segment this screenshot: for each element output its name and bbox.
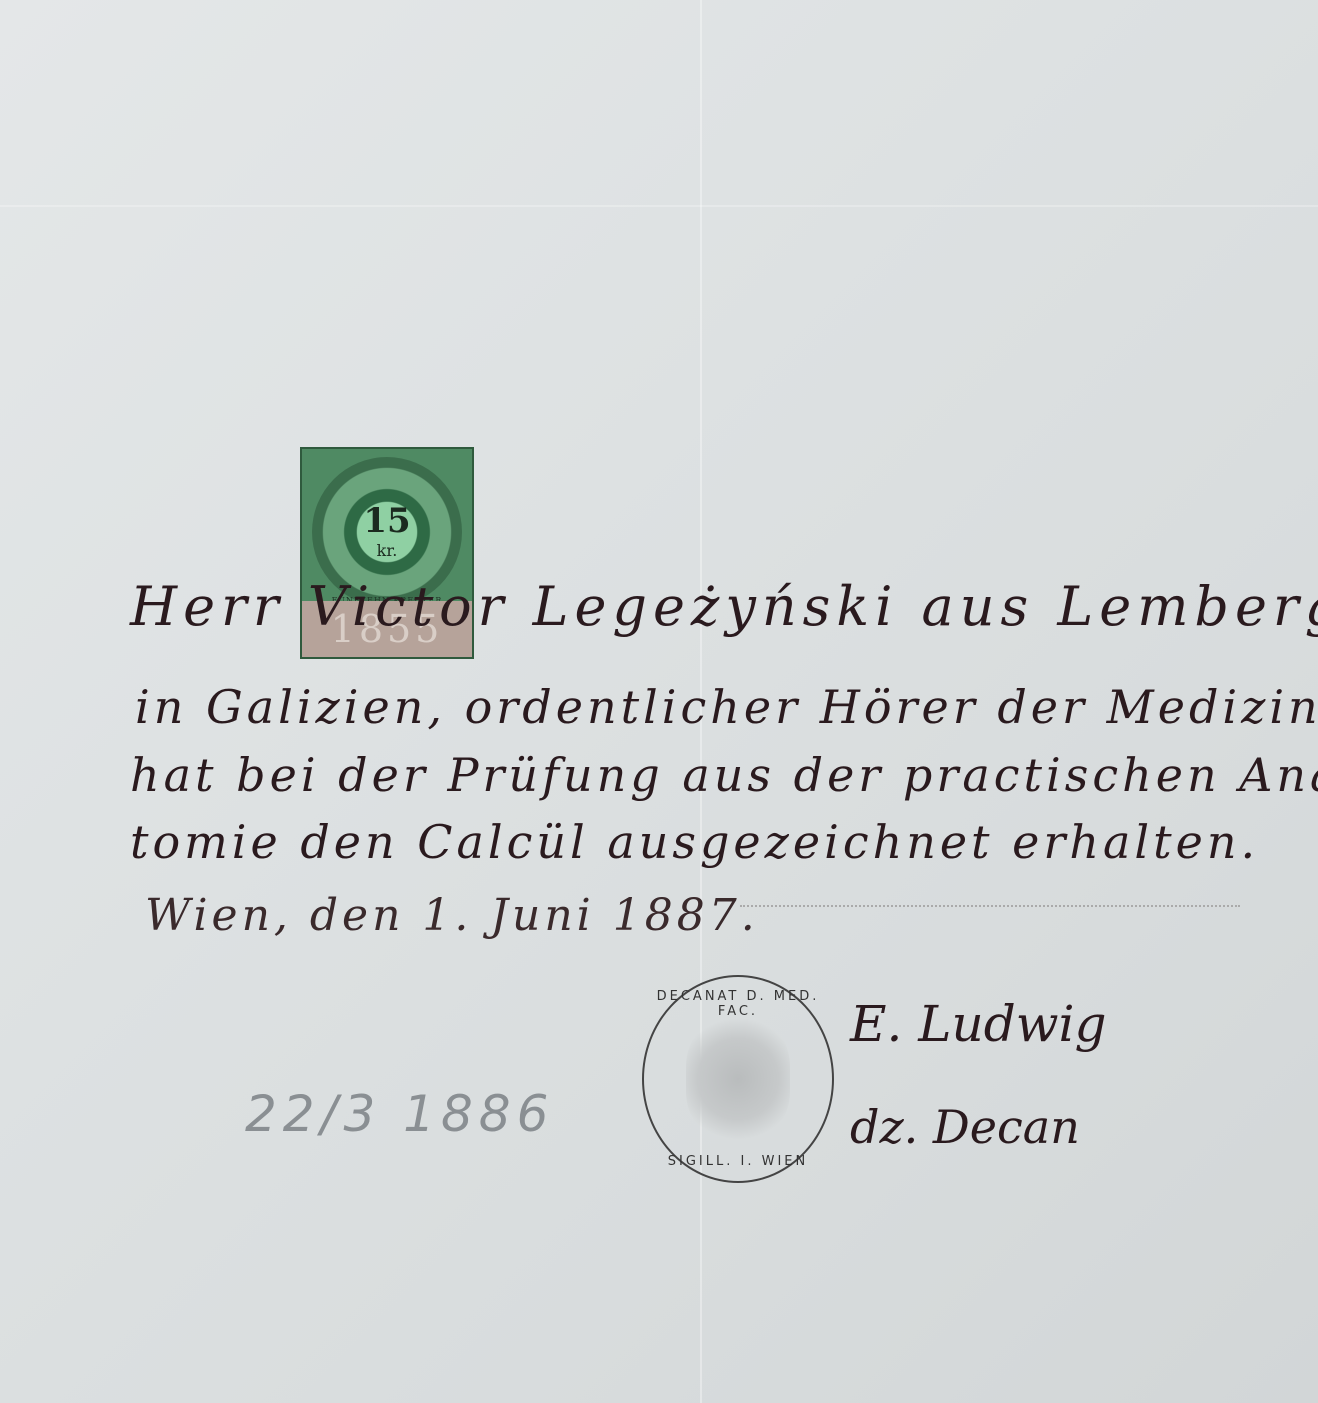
stamp-unit: kr. <box>302 541 472 560</box>
paper-fold-horizontal <box>0 205 1318 207</box>
official-seal: DECANAT D. MED. FAC. SIGILL. I. WIEN <box>642 975 834 1183</box>
pencil-annotation: 22/3 1886 <box>245 1085 554 1143</box>
signature-title: dz. Decan <box>850 1100 1080 1154</box>
dotted-rule <box>740 905 1240 907</box>
body-line-4: tomie den Calcül ausgezeichnet erhalten. <box>130 815 1259 869</box>
body-line-1: Herr Victor Legeżyński aus Lemberg <box>130 575 1318 638</box>
stamp-value: 15 <box>302 501 472 541</box>
double-eagle-icon <box>686 1017 790 1141</box>
seal-text-top: DECANAT D. MED. FAC. <box>644 989 832 1019</box>
body-line-2: in Galizien, ordentlicher Hörer der Medi… <box>135 680 1318 734</box>
signature-name: E. Ludwig <box>850 995 1107 1053</box>
date-line: Wien, den 1. Juni 1887. <box>145 890 759 941</box>
body-line-3: hat bei der Prüfung aus der practischen … <box>130 748 1318 802</box>
seal-text-bottom: SIGILL. I. WIEN <box>644 1154 832 1169</box>
